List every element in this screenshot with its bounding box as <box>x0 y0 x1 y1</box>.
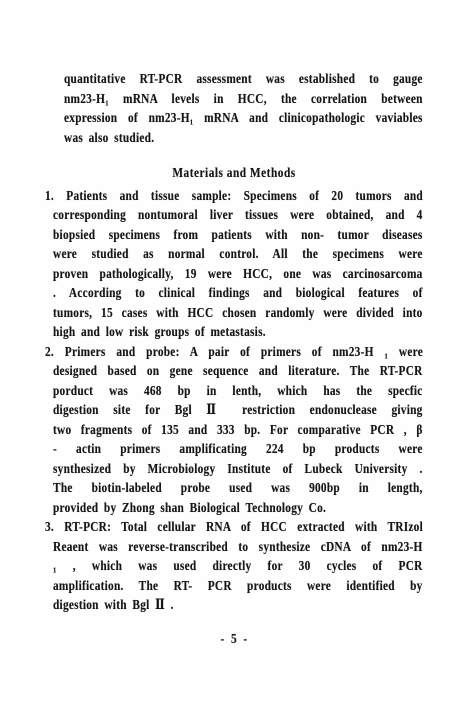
intro-paragraph: quantitative RT-PCR assessment was estab… <box>45 69 423 147</box>
text-line: proven pathologically, 19 were HCC, one … <box>53 264 423 284</box>
text-line: 3. RT-PCR: Total cellular RNA of HCC ext… <box>45 517 423 537</box>
text-line: high and low risk groups of metastasis. <box>53 322 423 342</box>
methods-item-2: 2. Primers and probe: A pair of primers … <box>45 342 423 518</box>
text-line: ₁ , which was used directly for 30 cycle… <box>53 556 423 576</box>
text-line: were studied as normal control. All the … <box>53 244 423 264</box>
section-heading: Materials and Methods <box>45 163 423 183</box>
text-line: synthesized by Microbiology Institute of… <box>53 459 423 479</box>
text-line: two fragments of 135 and 333 bp. For com… <box>53 420 423 440</box>
text-line: provided by Zhong shan Biological Techno… <box>53 498 423 518</box>
text-line: expression of nm23-H₁ mRNA and clinicopa… <box>64 108 423 128</box>
text-line: nm23-H₁ mRNA levels in HCC, the correlat… <box>64 89 423 109</box>
text-line: designed based on gene sequence and lite… <box>53 361 423 381</box>
document-page: quantitative RT-PCR assessment was estab… <box>0 0 468 706</box>
text-line: digestion with Bgl Ⅱ . <box>53 595 423 615</box>
text-line: 1. Patients and tissue sample: Specimens… <box>45 186 423 206</box>
text-line: . According to clinical findings and bio… <box>53 283 423 303</box>
text-line: quantitative RT-PCR assessment was estab… <box>64 69 423 89</box>
text-line: Reaent was reverse-transcribed to synthe… <box>53 537 423 557</box>
page-number: - 5 - <box>45 629 423 649</box>
text-line: biopsied specimens from patients with no… <box>53 225 423 245</box>
text-line: was also studied. <box>64 128 423 148</box>
text-line: tumors, 15 cases with HCC chosen randoml… <box>53 303 423 323</box>
text-line: amplification. The RT- PCR products were… <box>53 576 423 596</box>
text-line: porduct was 468 bp in lenth, which has t… <box>53 381 423 401</box>
methods-item-1: 1. Patients and tissue sample: Specimens… <box>45 186 423 342</box>
text-line: digestion site for Bgl Ⅱ restriction end… <box>53 400 423 420</box>
text-line: The biotin-labeled probe used was 900bp … <box>53 478 423 498</box>
text-line: - actin primers amplificating 224 bp pro… <box>53 439 423 459</box>
text-line: corresponding nontumoral liver tissues w… <box>53 205 423 225</box>
text-line: 2. Primers and probe: A pair of primers … <box>45 342 423 362</box>
text-block: quantitative RT-PCR assessment was estab… <box>45 69 423 648</box>
methods-item-3: 3. RT-PCR: Total cellular RNA of HCC ext… <box>45 517 423 615</box>
